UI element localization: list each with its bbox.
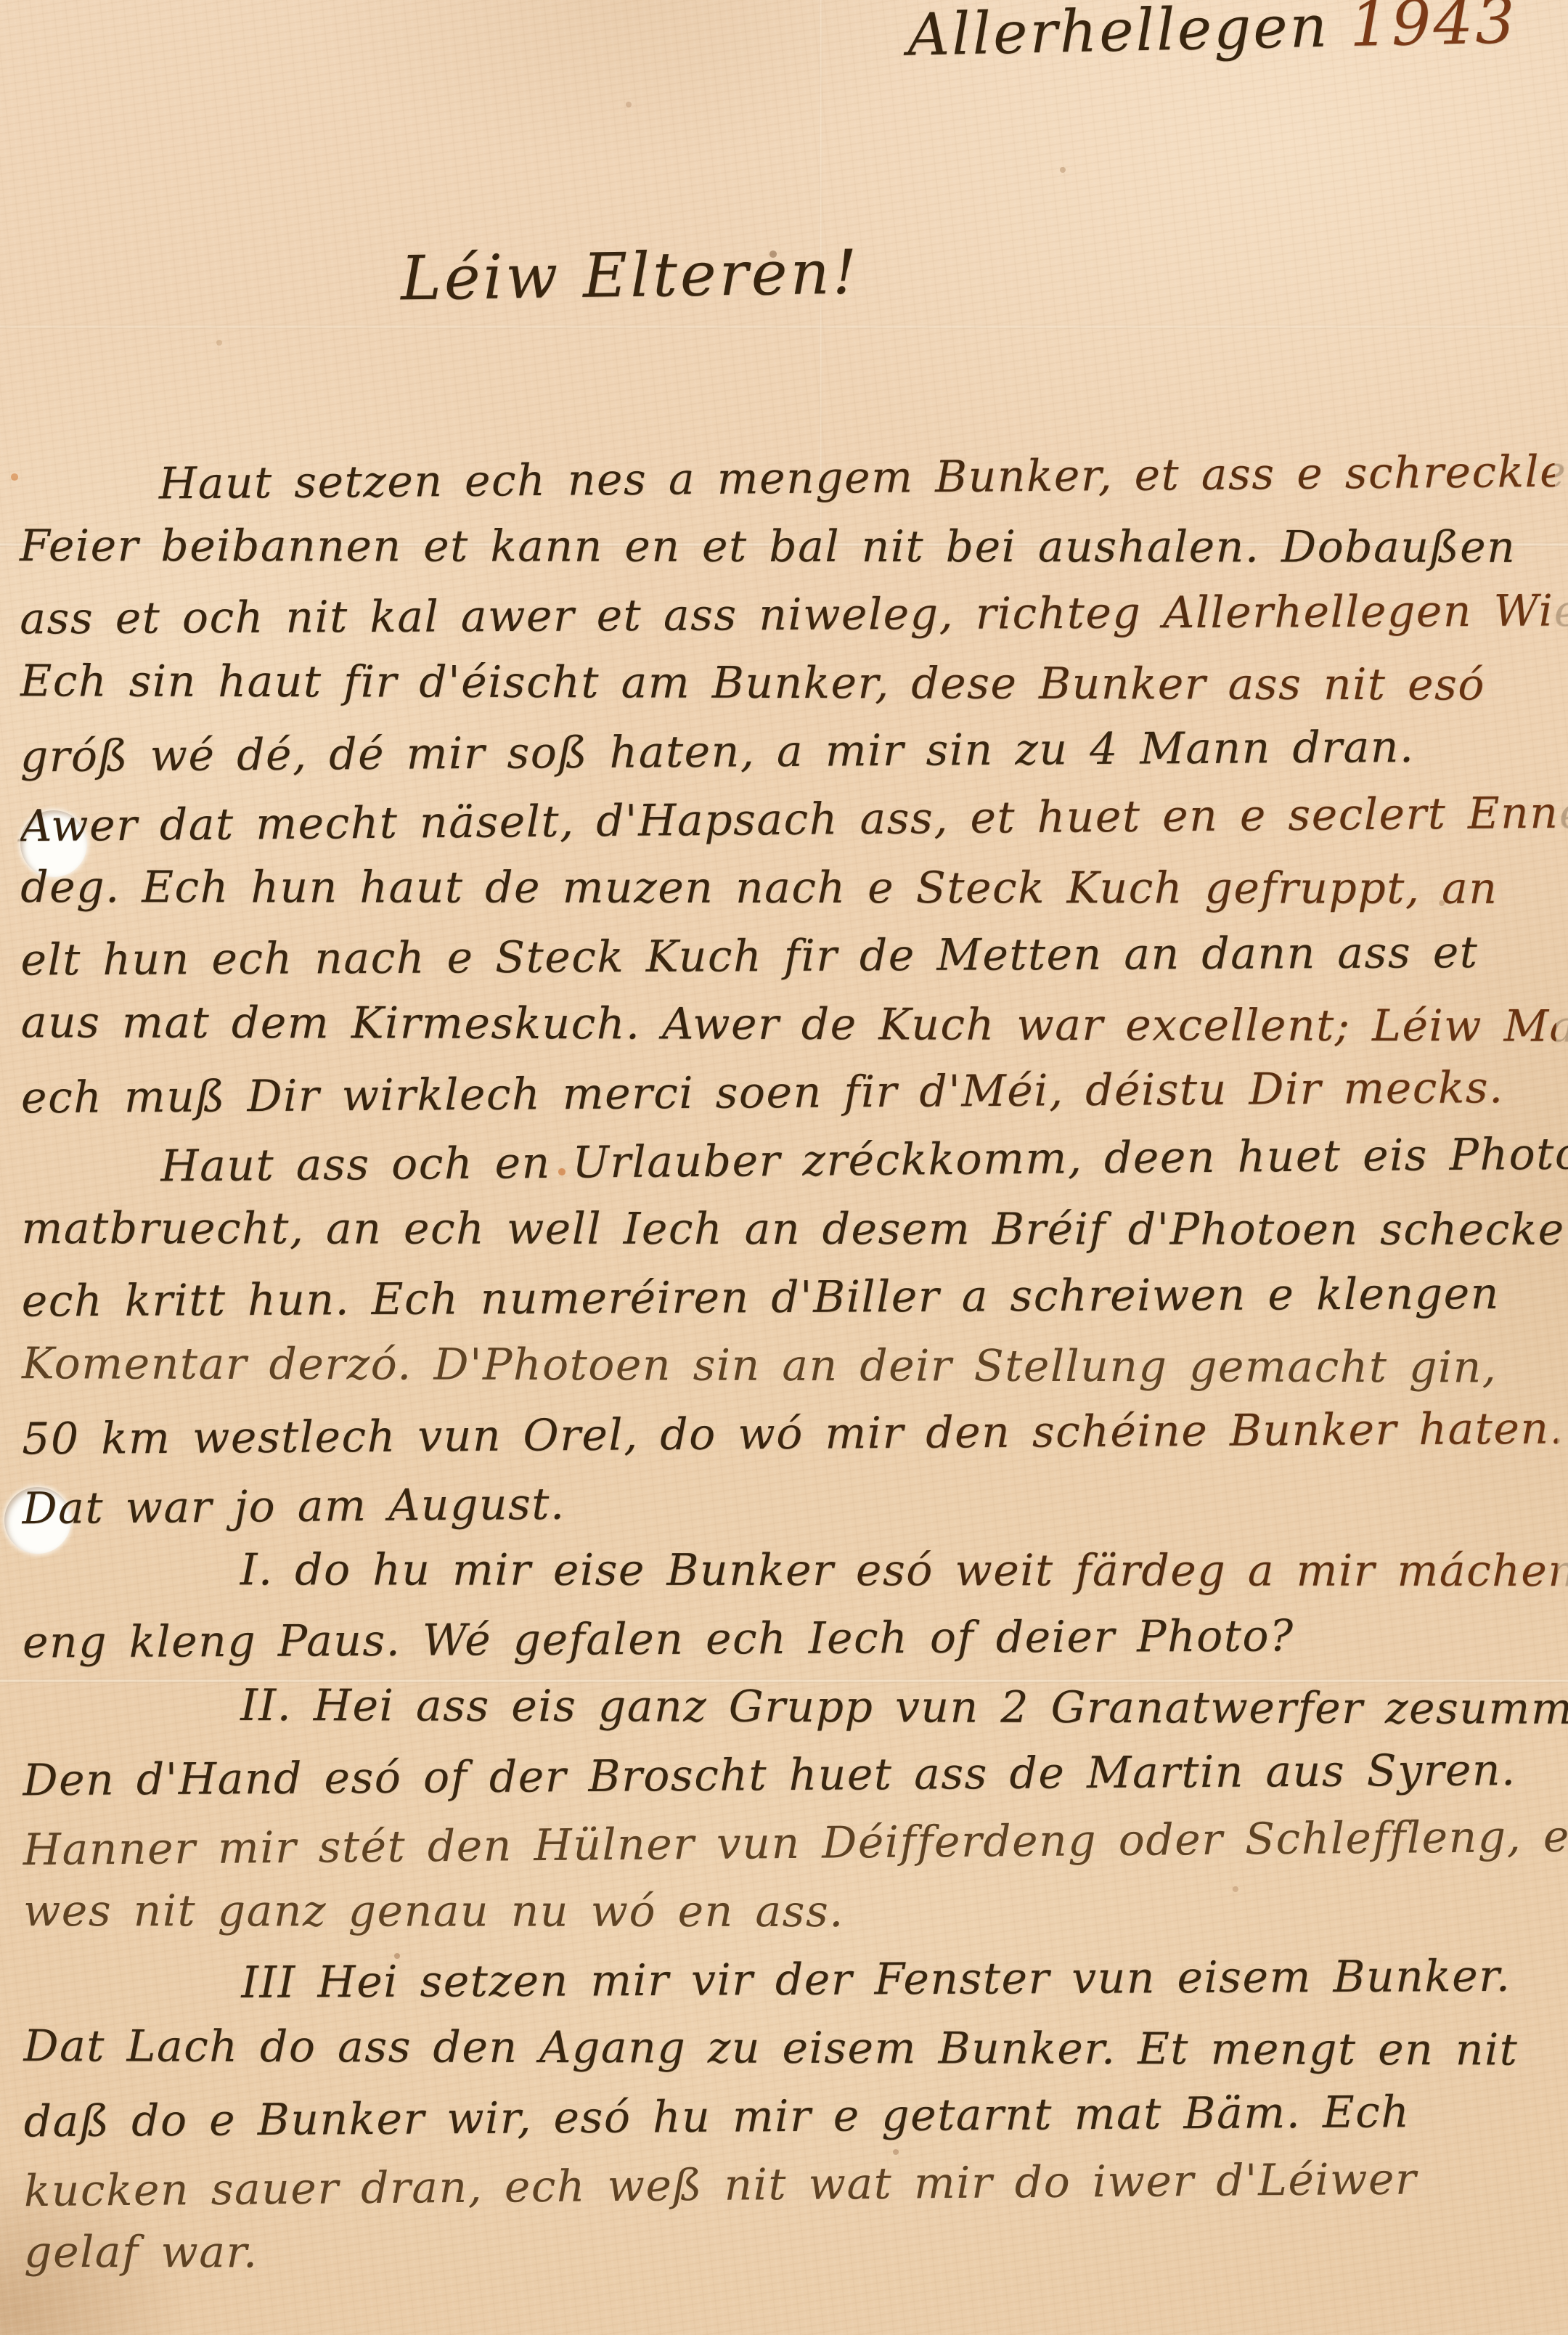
ink-specks (0, 0, 3, 3)
handwritten-line: ech kritt hun. Ech numeréiren d'Biller a… (22, 1259, 1557, 1335)
handwritten-line: Feier beibannen et kann en et bal nit be… (20, 512, 1555, 582)
handwritten-line: Haut setzen ech nes a mengem Bunker, et … (19, 438, 1555, 519)
handwritten-line: III Hei setzen mir vir der Fenster vun e… (23, 1941, 1559, 2018)
handwritten-line: daß do e Bunker wir, esó hu mir e getarn… (23, 2077, 1559, 2156)
letter-body: Haut setzen ech nes a mengem Bunker, et … (20, 442, 1560, 2289)
fold-crease-horizontal-top (0, 325, 1568, 329)
handwritten-line: Awer dat mecht näselt, d'Hapsach ass, et… (20, 779, 1556, 860)
handwritten-line: ass et och nit kal awer et ass niweleg, … (20, 576, 1555, 653)
date-line: Allerhellegen1943 (907, 0, 1518, 70)
handwritten-line: Hanner mir stét den Hülner vun Déifferde… (23, 1803, 1559, 1884)
handwritten-line: deg. Ech hun haut de muzen nach e Steck … (20, 853, 1556, 923)
handwritten-line: matbruecht, an ech well Iech an desem Br… (21, 1194, 1556, 1264)
handwritten-line: I. do hu mir eise Bunker esó weit färdeg… (23, 1536, 1558, 1605)
handwritten-line: aus mat dem Kirmeskuch. Awer de Kuch war… (21, 988, 1556, 1061)
handwritten-line: gróß wé dé, dé mir soß haten, a mir sin … (20, 712, 1556, 791)
handwritten-line: elt hun ech nach e Steck Kuch fir de Met… (20, 918, 1556, 994)
date-year: 1943 (1349, 0, 1518, 61)
handwritten-line: Ech sin haut fir d'éischt am Bunker, des… (20, 647, 1555, 720)
handwritten-line: Haut ass och en Urlauber zréckkomm, deen… (21, 1120, 1557, 1202)
handwritten-line: Komentar derzó. D'Photoen sin an deir St… (22, 1329, 1557, 1402)
handwritten-line: kucken sauer dran, ech weß nit wat mir d… (24, 2144, 1560, 2225)
handwritten-line: Den d'Hand esó of der Broscht huet ass d… (23, 1736, 1559, 1815)
handwritten-line: gelaf war. (24, 2218, 1559, 2288)
handwritten-line: 50 km westlech vun Orel, do wó mir den s… (22, 1395, 1558, 1474)
handwritten-line: ech muß Dir wirklech merci soen fir d'Mé… (21, 1054, 1557, 1133)
letter-page: Allerhellegen1943 Léiw Elteren! Haut set… (0, 0, 1568, 2335)
salutation: Léiw Elteren! (400, 237, 860, 314)
handwritten-line: eng kleng Paus. Wé gefalen ech Iech of d… (23, 1600, 1558, 1676)
date-script: Allerhellegen (907, 0, 1330, 69)
handwritten-line: Dat war jo am August. (22, 1462, 1558, 1543)
handwritten-line: wes nit ganz genau nu wó en ass. (23, 1877, 1559, 1947)
handwritten-line: II. Hei ass eis ganz Grupp vun 2 Granatw… (23, 1671, 1558, 1743)
handwritten-line: Dat Lach do ass den Agang zu eisem Bunke… (23, 2012, 1559, 2085)
